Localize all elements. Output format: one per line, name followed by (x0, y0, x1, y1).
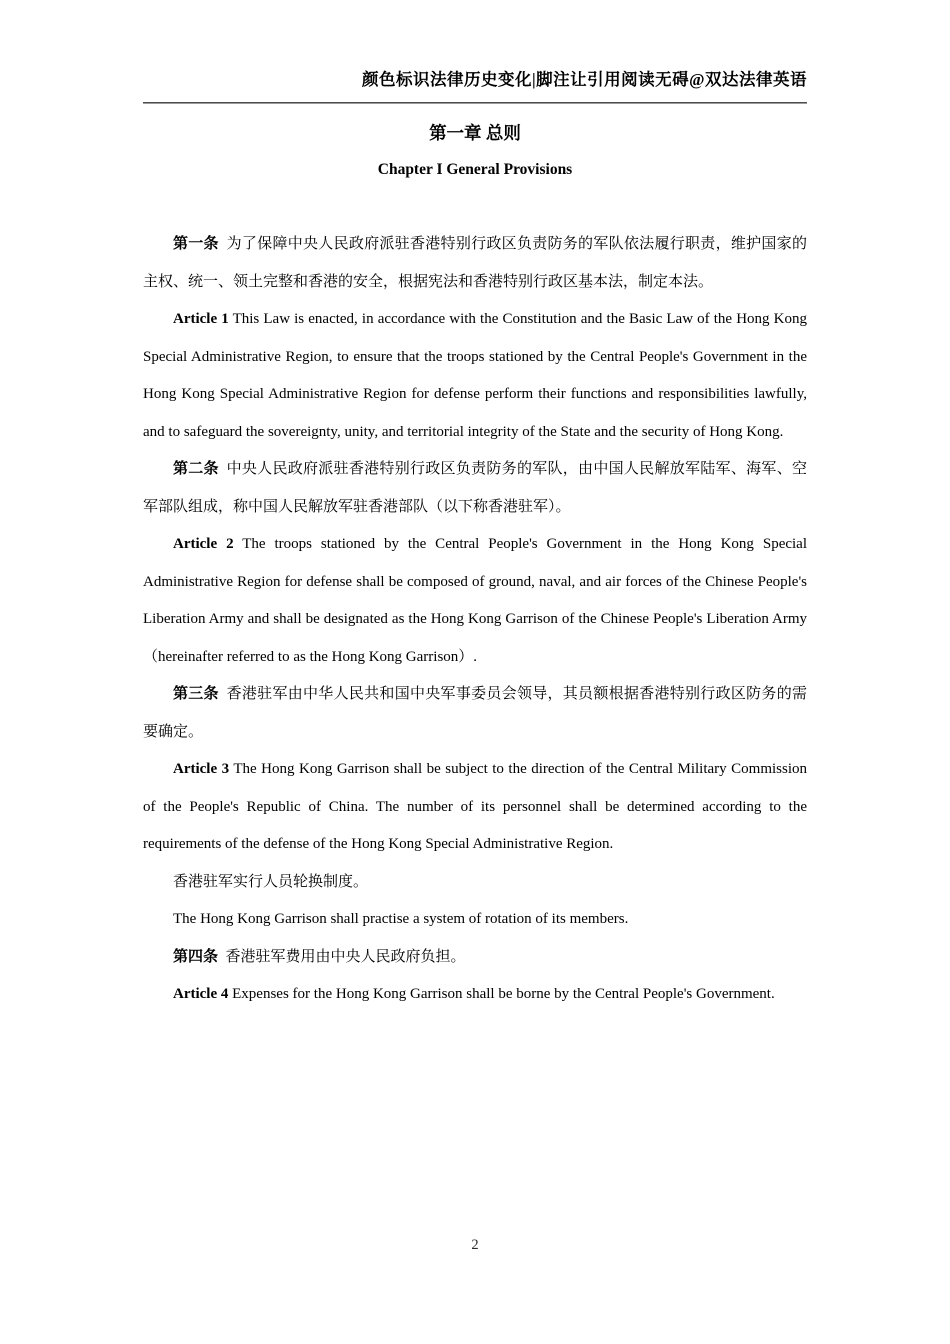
article-number-label: 第三条 (173, 686, 219, 702)
header-divider-rule (143, 102, 807, 104)
paragraph-chinese: 第四条 香港驻军费用由中央人民政府负担。 (143, 939, 807, 977)
paragraph-chinese: 第二条 中央人民政府派驻香港特别行政区负责防务的军队，由中国人民解放军陆军、海军… (143, 451, 807, 526)
article-number-label: 第一条 (173, 236, 219, 252)
chapter-title-chinese: 第一章 总则 (0, 120, 950, 145)
paragraph-chinese: 第三条 香港驻军由中华人民共和国中央军事委员会领导，其员额根据香港特别行政区防务… (143, 676, 807, 751)
chapter-title-english: Chapter I General Provisions (0, 161, 950, 179)
paragraph-chinese: 香港驻军实行人员轮换制度。 (143, 864, 807, 902)
article-number-label: 第二条 (173, 461, 219, 477)
article-number-label: Article 4 (173, 986, 228, 1002)
paragraph-chinese: 第一条 为了保障中央人民政府派驻香港特别行政区负责防务的军队依法履行职责，维护国… (143, 226, 807, 301)
document-body: 第一条 为了保障中央人民政府派驻香港特别行政区负责防务的军队依法履行职责，维护国… (143, 226, 807, 1014)
document-page: 颜色标识法律历史变化|脚注让引用阅读无碍@双达法律英语 第一章 总则 Chapt… (0, 0, 950, 1344)
article-number-label: Article 1 (173, 311, 229, 327)
paragraph-english: Article 4 Expenses for the Hong Kong Gar… (143, 976, 807, 1014)
paragraph-english: The Hong Kong Garrison shall practise a … (143, 901, 807, 939)
page-number: 2 (0, 1237, 950, 1254)
article-number-label: 第四条 (173, 949, 218, 965)
article-number-label: Article 2 (173, 536, 234, 552)
header-brand-line: 颜色标识法律历史变化|脚注让引用阅读无碍@双达法律英语 (362, 66, 807, 90)
paragraph-english: Article 2 The troops stationed by the Ce… (143, 526, 807, 676)
paragraph-english: Article 3 The Hong Kong Garrison shall b… (143, 751, 807, 864)
paragraph-english: Article 1 This Law is enacted, in accord… (143, 301, 807, 451)
article-number-label: Article 3 (173, 761, 229, 777)
